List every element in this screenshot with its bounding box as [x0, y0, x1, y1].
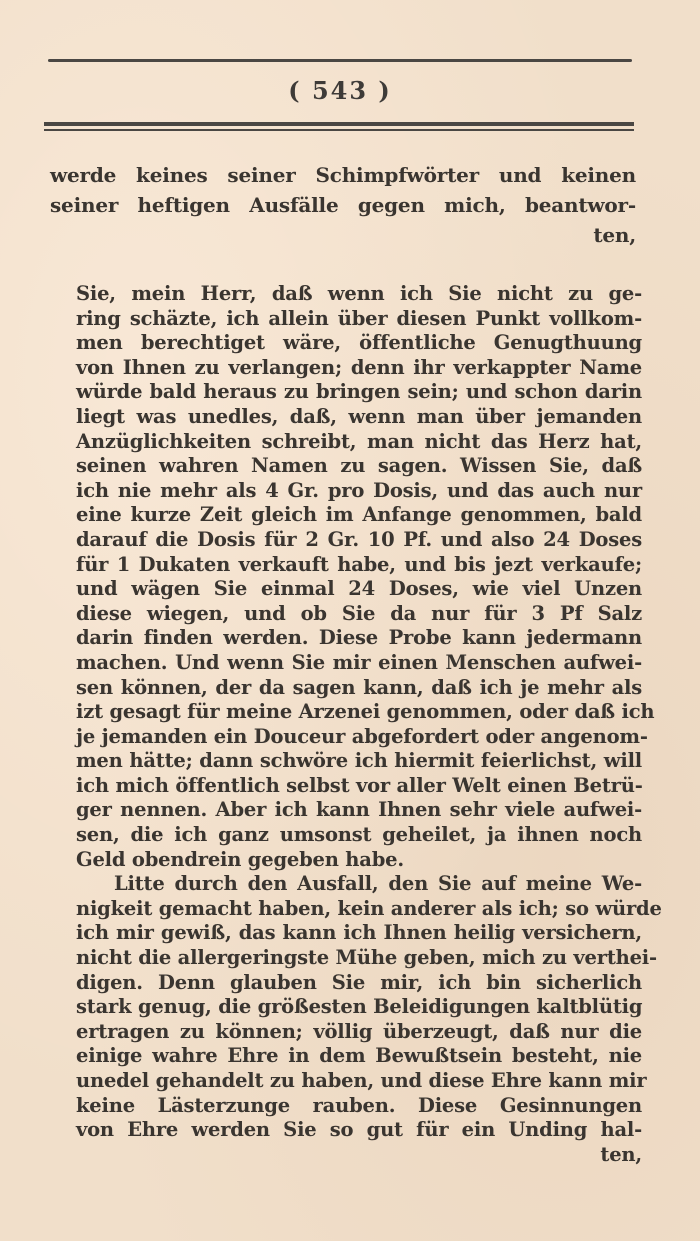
- text-line: unedel gehandelt zu haben, und diese Ehr…: [76, 1069, 642, 1094]
- text-line: Sie, mein Herr, daß wenn ich Sie nicht z…: [76, 282, 642, 307]
- text-line: men berechtiget wäre, öffentliche Genugt…: [76, 331, 642, 356]
- text-line: digen. Denn glauben Sie mir, ich bin sic…: [76, 971, 642, 996]
- text-line: darauf die Dosis für 2 Gr. 10 Pf. und al…: [76, 528, 642, 553]
- text-line: eine kurze Zeit gleich im Anfange genomm…: [76, 503, 642, 528]
- text-line: ich mich öffentlich selbst vor aller Wel…: [76, 774, 642, 799]
- text-line: werde keines seiner Schimpfwörter und ke…: [50, 160, 636, 190]
- text-line: würde bald heraus zu bringen sein; und s…: [76, 380, 642, 405]
- text-line: Geld obendrein gegeben habe.: [76, 848, 642, 873]
- text-line: von Ihnen zu verlangen; denn ihr verkapp…: [76, 356, 642, 381]
- text-line: ring schäzte, ich allein über diesen Pun…: [76, 307, 642, 332]
- text-line: von Ehre werden Sie so gut für ein Undin…: [76, 1118, 642, 1143]
- text-line: izt gesagt für meine Arzenei genommen, o…: [76, 700, 642, 725]
- text-line: ich mir gewiß, das kann ich Ihnen heilig…: [76, 921, 642, 946]
- header-rule-double-thick: [44, 122, 634, 126]
- text-line: stark genug, die größesten Beleidigungen…: [76, 995, 642, 1020]
- text-line: für 1 Dukaten verkauft habe, und bis jez…: [76, 553, 642, 578]
- text-line: ertragen zu können; völlig überzeugt, da…: [76, 1020, 642, 1045]
- header-rule-double-thin: [44, 129, 634, 131]
- text-line: einige wahre Ehre in dem Bewußtsein best…: [76, 1044, 642, 1069]
- text-line: je jemanden ein Douceur abgefordert oder…: [76, 725, 642, 750]
- text-line: ten,: [76, 1143, 642, 1168]
- main-paragraph: Sie, mein Herr, daß wenn ich Sie nicht z…: [76, 282, 642, 1167]
- page-number: ( 543 ): [0, 76, 680, 105]
- text-line: seinen wahren Namen zu sagen. Wissen Sie…: [76, 454, 642, 479]
- text-line: machen. Und wenn Sie mir einen Menschen …: [76, 651, 642, 676]
- continuation-paragraph: werde keines seiner Schimpfwörter und ke…: [50, 160, 636, 250]
- header-rule-top: [48, 59, 632, 62]
- text-line: sen, die ich ganz umsonst geheilet, ja i…: [76, 823, 642, 848]
- text-line: diese wiegen, und ob Sie da nur für 3 Pf…: [76, 602, 642, 627]
- text-line: ten,: [50, 220, 636, 250]
- text-line: Litte durch den Ausfall, den Sie auf mei…: [76, 872, 642, 897]
- text-line: und wägen Sie einmal 24 Doses, wie viel …: [76, 577, 642, 602]
- text-line: liegt was unedles, daß, wenn man über je…: [76, 405, 642, 430]
- text-line: nigkeit gemacht haben, kein anderer als …: [76, 897, 642, 922]
- text-line: darin finden werden. Diese Probe kann je…: [76, 626, 642, 651]
- text-line: keine Lästerzunge rauben. Diese Gesinnun…: [76, 1094, 642, 1119]
- text-line: nicht die allergeringste Mühe geben, mic…: [76, 946, 642, 971]
- text-line: ich nie mehr als 4 Gr. pro Dosis, und da…: [76, 479, 642, 504]
- text-line: sen können, der da sagen kann, daß ich j…: [76, 676, 642, 701]
- text-line: seiner heftigen Ausfälle gegen mich, bea…: [50, 190, 636, 220]
- text-line: men hätte; dann schwöre ich hiermit feie…: [76, 749, 642, 774]
- text-line: Anzüglichkeiten schreibt, man nicht das …: [76, 430, 642, 455]
- text-line: ger nennen. Aber ich kann Ihnen sehr vie…: [76, 798, 642, 823]
